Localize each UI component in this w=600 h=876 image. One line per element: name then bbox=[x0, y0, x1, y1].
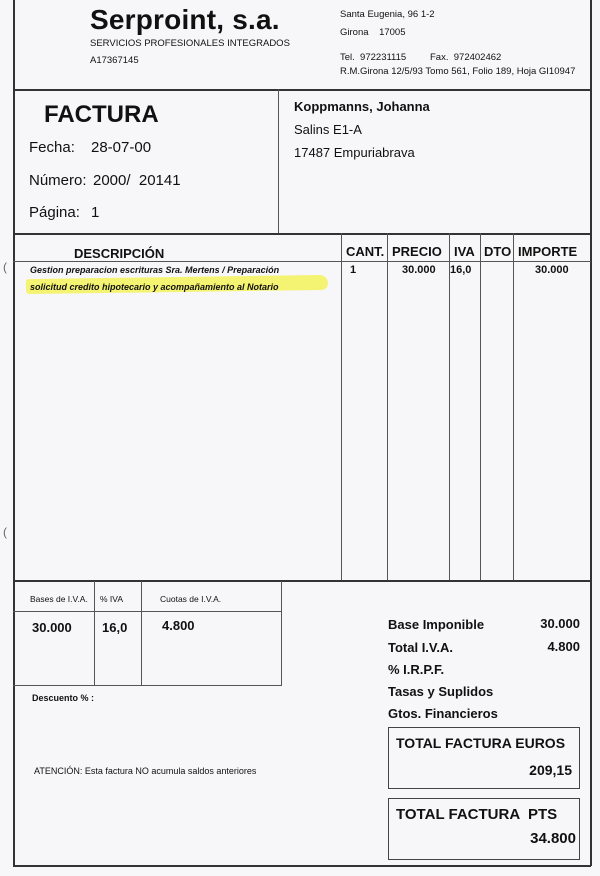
item-price: 30.000 bbox=[402, 264, 436, 276]
vat-header-underline bbox=[13, 611, 282, 612]
header-discount: DTO bbox=[484, 244, 511, 259]
header-price: PRECIO bbox=[392, 244, 442, 259]
frame-bottom bbox=[13, 865, 591, 867]
document-title: FACTURA bbox=[44, 101, 159, 129]
header-divider bbox=[13, 89, 591, 91]
table-bottom-line bbox=[13, 580, 591, 582]
item-description-line2: solicitud credito hipotecario y acompaña… bbox=[30, 282, 279, 292]
date-label: Fecha: bbox=[29, 139, 75, 156]
vat-col-divider-3 bbox=[281, 581, 282, 685]
frame-right bbox=[590, 0, 592, 866]
discount-label: Descuento % : bbox=[32, 693, 94, 703]
vat-header-base: Bases de I.V.A. bbox=[30, 594, 88, 604]
col-divider-precio bbox=[387, 233, 388, 580]
total-euros-value: 209,15 bbox=[529, 762, 572, 778]
frame-left bbox=[13, 0, 15, 866]
vat-bottom-line bbox=[13, 685, 282, 686]
company-address-line2: Girona 17005 bbox=[340, 27, 406, 38]
total-euros-label: TOTAL FACTURA EUROS bbox=[396, 735, 565, 751]
punch-hole-mark: ( bbox=[3, 525, 7, 539]
punch-hole-mark: ( bbox=[3, 260, 7, 274]
client-address: Salins E1-A bbox=[294, 122, 362, 137]
vat-header-quota: Cuotas de I.V.A. bbox=[160, 594, 221, 604]
fees-label: Tasas y Suplidos bbox=[388, 684, 493, 699]
company-name: Serproint, s.a. bbox=[90, 4, 280, 36]
company-phone: Tel. 972231115 bbox=[340, 52, 406, 63]
financial-costs-label: Gtos. Financieros bbox=[388, 706, 498, 721]
vat-col-divider-1 bbox=[94, 581, 95, 685]
vat-rate-value: 16,0 bbox=[102, 620, 127, 635]
vat-col-divider-2 bbox=[141, 581, 142, 685]
vat-header-rate: % IVA bbox=[100, 594, 123, 604]
irpf-label: % I.R.P.F. bbox=[388, 662, 444, 677]
header-description: DESCRIPCIÓN bbox=[74, 246, 164, 261]
total-vat-label: Total I.V.A. bbox=[388, 640, 453, 655]
info-divider-vertical bbox=[278, 89, 279, 233]
vat-quota-value: 4.800 bbox=[162, 618, 195, 633]
page-value: 1 bbox=[91, 204, 99, 221]
col-divider-dto bbox=[480, 233, 481, 580]
total-vat-value: 4.800 bbox=[547, 639, 580, 654]
total-pts-label: TOTAL FACTURA PTS bbox=[396, 806, 557, 823]
header-amount: IMPORTE bbox=[518, 244, 577, 259]
company-cif: A17367145 bbox=[90, 55, 139, 66]
notice-text: ATENCIÓN: Esta factura NO acumula saldos… bbox=[34, 766, 256, 776]
col-divider-cant bbox=[341, 233, 342, 580]
header-quantity: CANT. bbox=[346, 244, 384, 259]
table-header-underline bbox=[13, 261, 591, 262]
number-label: Número: bbox=[29, 172, 87, 189]
total-pts-value: 34.800 bbox=[530, 830, 576, 847]
base-imponible-label: Base Imponible bbox=[388, 617, 484, 632]
header-vat: IVA bbox=[454, 244, 475, 259]
client-city: 17487 Empuriabrava bbox=[294, 145, 415, 160]
item-vat: 16,0 bbox=[450, 264, 471, 276]
number-value: 2000/ 20141 bbox=[93, 172, 181, 189]
company-registry: R.M.Girona 12/5/93 Tomo 561, Folio 189, … bbox=[340, 66, 575, 77]
company-address-line1: Santa Eugenia, 96 1-2 bbox=[340, 9, 435, 20]
page-label: Página: bbox=[29, 204, 80, 221]
table-top-line bbox=[13, 233, 591, 235]
col-divider-iva bbox=[449, 233, 450, 580]
col-divider-importe bbox=[513, 233, 514, 580]
item-amount: 30.000 bbox=[535, 264, 569, 276]
item-description-line1: Gestion preparacion escrituras Sra. Mert… bbox=[30, 265, 279, 275]
company-fax: Fax. 972402462 bbox=[430, 52, 501, 63]
item-quantity: 1 bbox=[350, 264, 356, 276]
company-tagline: SERVICIOS PROFESIONALES INTEGRADOS bbox=[90, 38, 290, 49]
client-name: Koppmanns, Johanna bbox=[294, 99, 430, 114]
vat-base-value: 30.000 bbox=[32, 620, 72, 635]
base-imponible-value: 30.000 bbox=[540, 616, 580, 631]
date-value: 28-07-00 bbox=[91, 139, 151, 156]
